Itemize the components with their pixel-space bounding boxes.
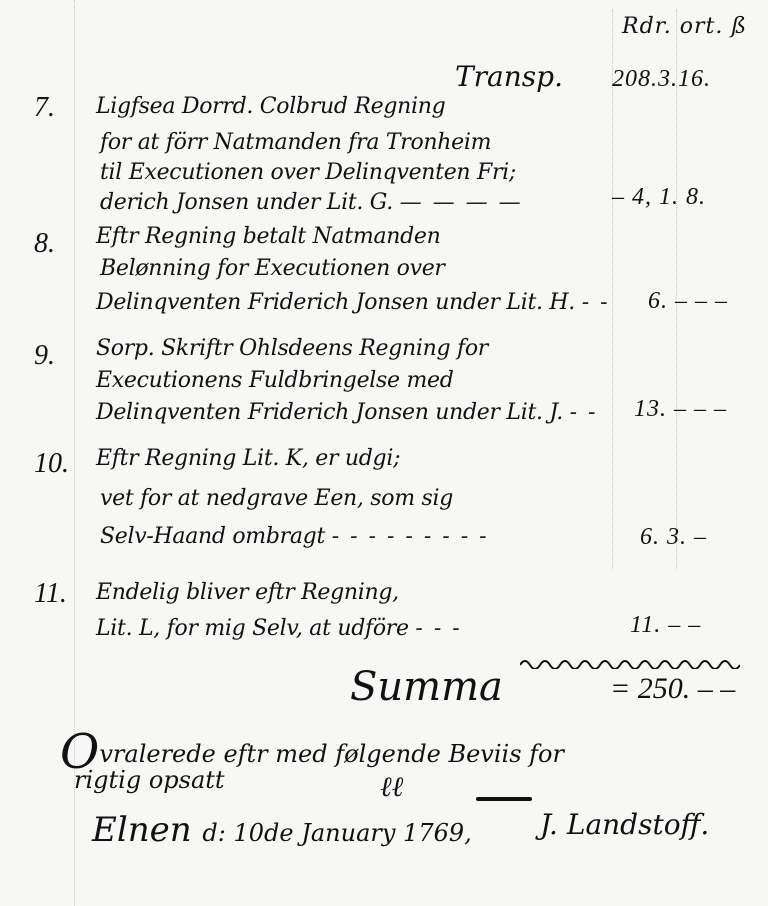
entry-amount: 6. 3. – [640, 524, 707, 551]
entry-line: Delinqventen Friderich Jonsen under Lit.… [96, 290, 610, 315]
signature-dash [476, 797, 532, 801]
closing-line: rigtig opsatt [74, 766, 225, 794]
total-amount: = 250. – – [610, 672, 735, 706]
entry-line: vet for at nedgrave Een, som sig [100, 486, 453, 511]
paraph-mark: ℓℓ [380, 770, 403, 804]
transport-label: Transp. [455, 60, 563, 93]
transport-text: Transp. [455, 60, 563, 93]
entry-text: Delinqventen Friderich Jonsen under Lit.… [96, 400, 563, 425]
entry-text: Selv-Haand ombragt [100, 524, 325, 549]
entry-number: 8. [34, 228, 55, 260]
entry-line: til Executionen over Delinqventen Fri; [100, 160, 516, 185]
date: d: 10de January 1769, [202, 819, 471, 847]
entry-line: Belønning for Executionen over [100, 256, 445, 281]
entry-number: 7. [34, 92, 55, 124]
currency-column-header: Rdr. ort. ß [622, 14, 747, 39]
entry-line: Ligfsea Dorrd. Colbrud Regning [96, 94, 445, 119]
total-label: Summa [350, 664, 503, 710]
closing-text: vralerede eftr med følgende Beviis for [99, 740, 564, 768]
entry-amount: 11. – – [630, 612, 701, 639]
amount-column-rule [612, 10, 613, 570]
dash-leader: - - [582, 290, 610, 315]
total-underline-flourish [520, 655, 740, 669]
entry-line: Executionens Fuldbringelse med [96, 368, 454, 393]
entry-amount: 13. – – – [634, 396, 727, 423]
dash-leader: — — — — [400, 190, 523, 215]
entry-number: 11. [34, 578, 67, 610]
entry-line: for at förr Natmanden fra Tronheim [100, 130, 491, 155]
entry-text: Lit. L, for mig Selv, at udföre [96, 616, 409, 641]
entry-line: Selv-Haand ombragt - - - - - - - - - [100, 524, 489, 549]
entry-amount: – 4, 1. 8. [612, 184, 706, 211]
dash-leader: - - [570, 400, 598, 425]
entry-amount: 6. – – – [648, 288, 728, 315]
entry-line: Delinqventen Friderich Jonsen under Lit.… [96, 400, 598, 425]
entry-number: 10. [34, 448, 69, 480]
entry-line: Lit. L, for mig Selv, at udföre - - - [96, 616, 462, 641]
entry-line: Eftr Regning betalt Natmanden [96, 224, 441, 249]
transport-amount: 208.3.16. [612, 66, 711, 93]
entry-text: derich Jonsen under Lit. G. [100, 190, 393, 215]
entry-line: Sorp. Skriftr Ohlsdeens Regning for [96, 336, 488, 361]
entry-number: 9. [34, 340, 55, 372]
manuscript-page: Rdr. ort. ß Transp. 208.3.16. 7. Ligfsea… [0, 0, 768, 906]
entry-line: derich Jonsen under Lit. G. — — — — [100, 190, 523, 215]
signature: J. Landstoff. [540, 808, 709, 841]
entry-line: Eftr Regning Lit. K, er udgi; [96, 446, 400, 471]
dash-leader: - - - [415, 616, 461, 641]
place-date: Elnen d: 10de January 1769, [92, 810, 472, 850]
place: Elnen [92, 810, 192, 850]
entry-line: Endelig bliver eftr Regning, [96, 580, 399, 605]
entry-text: Delinqventen Friderich Jonsen under Lit.… [96, 290, 575, 315]
dash-leader: - - - - - - - - - [332, 524, 489, 549]
